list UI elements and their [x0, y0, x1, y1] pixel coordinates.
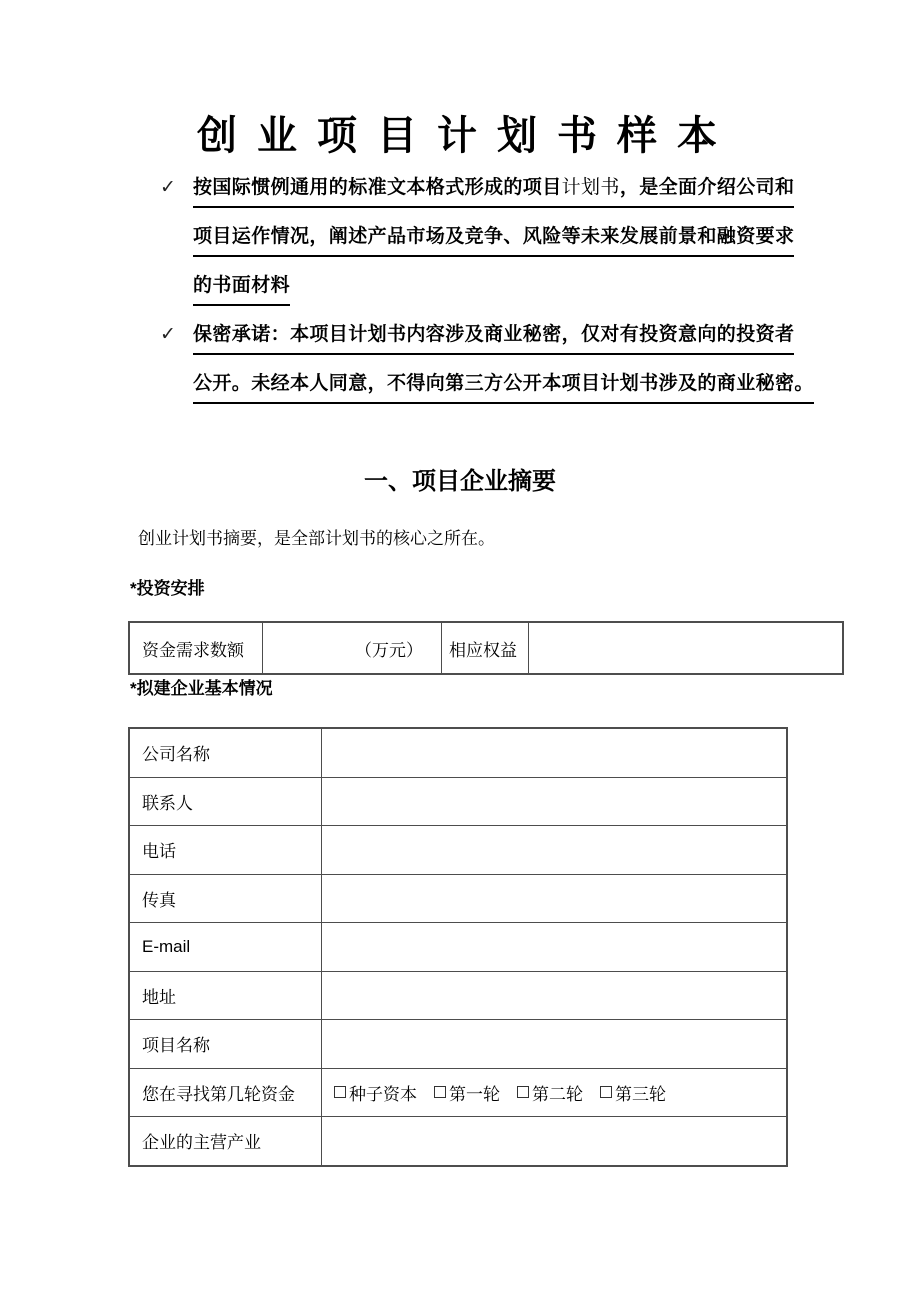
checkbox-icon [600, 1086, 612, 1098]
contact-person-value-cell[interactable] [322, 777, 788, 826]
funding-option-label: 第二轮 [532, 1080, 583, 1105]
funding-round-options: 种子资本 第一轮 第二轮 第三轮 [334, 1080, 786, 1105]
document-page: 创业项目计划书样本 ✓ 按国际惯例通用的标准文本格式形成的项目计划书，是全面介绍… [0, 0, 920, 1302]
equity-value-cell[interactable] [529, 622, 844, 674]
table-row: 地址 [129, 971, 787, 1020]
checkmark-icon: ✓ [160, 163, 176, 212]
contact-person-label-cell: 联系人 [129, 777, 322, 826]
bullet-item-confidentiality: ✓ 保密承诺：本项目计划书内容涉及商业秘密，仅对有投资意向的投资者 公开。未经本… [160, 310, 820, 408]
bullet2-line1-text: 保密承诺：本项目计划书内容涉及商业秘密，仅对有投资意向的投资者 [193, 324, 794, 355]
equity-label-cell: 相应权益 [442, 622, 529, 674]
bullet1-line1-bold-end: ，是全面介绍公司和 [620, 177, 795, 208]
funding-round-value-cell: 种子资本 第一轮 第二轮 第三轮 [322, 1068, 788, 1117]
funding-option-label: 第三轮 [615, 1080, 666, 1105]
table-row: 企业的主营产业 [129, 1117, 787, 1166]
funding-option-seed[interactable]: 种子资本 [334, 1080, 417, 1105]
company-name-label-cell: 公司名称 [129, 728, 322, 777]
email-label-cell: E-mail [129, 923, 322, 972]
table-row: 电话 [129, 826, 787, 875]
funding-amount-label-cell: 资金需求数额 [129, 622, 263, 674]
table-row: 传真 [129, 874, 787, 923]
table-row: 公司名称 [129, 728, 787, 777]
fax-label-cell: 传真 [129, 874, 322, 923]
checkmark-icon: ✓ [160, 310, 176, 359]
bullet1-line2-text: 项目运作情况，阐述产品市场及竞争、风险等未来发展前景和融资要求 [193, 226, 794, 257]
address-label-cell: 地址 [129, 971, 322, 1020]
bullet1-line1-light: 计划书 [562, 177, 620, 208]
bullet2-line2: 公开。未经本人同意，不得向第三方公开本项目计划书涉及的商业秘密。 [193, 359, 820, 408]
funding-amount-unit-cell[interactable]: （万元） [263, 622, 442, 674]
phone-label-cell: 电话 [129, 826, 322, 875]
checkbox-icon [517, 1086, 529, 1098]
table-row: 项目名称 [129, 1020, 787, 1069]
summary-intro-text: 创业计划书摘要，是全部计划书的核心之所在。 [138, 527, 495, 551]
bullet1-line3-text: 的书面材料 [193, 275, 290, 306]
checkbox-icon [334, 1086, 346, 1098]
investment-label: *投资安排 [130, 577, 205, 601]
company-name-value-cell[interactable] [322, 728, 788, 777]
bullet2-line2-text: 公开。未经本人同意，不得向第三方公开本项目计划书涉及的商业秘密。 [193, 373, 814, 404]
funding-option-label: 种子资本 [349, 1080, 417, 1105]
table-row: 联系人 [129, 777, 787, 826]
investment-table: 资金需求数额 （万元） 相应权益 [128, 621, 844, 675]
company-info-table: 公司名称 联系人 电话 传真 E-mail 地址 项目名称 您在寻找第几轮资金 [128, 727, 788, 1167]
bullet-item-intro: ✓ 按国际惯例通用的标准文本格式形成的项目计划书，是全面介绍公司和 项目运作情况… [160, 163, 820, 310]
bullet1-line3: 的书面材料 [193, 261, 820, 310]
checkbox-icon [434, 1086, 446, 1098]
section-heading: 一、项目企业摘要 [0, 467, 920, 497]
table-row: 您在寻找第几轮资金 种子资本 第一轮 第二轮 第三轮 [129, 1068, 787, 1117]
funding-option-round3[interactable]: 第三轮 [600, 1080, 666, 1105]
address-value-cell[interactable] [322, 971, 788, 1020]
funding-option-round1[interactable]: 第一轮 [434, 1080, 500, 1105]
table-row: E-mail [129, 923, 787, 972]
project-name-label-cell: 项目名称 [129, 1020, 322, 1069]
bullet1-line1-bold: 按国际惯例通用的标准文本格式形成的项目 [193, 177, 562, 208]
main-industry-value-cell[interactable] [322, 1117, 788, 1166]
table-row: 资金需求数额 （万元） 相应权益 [129, 622, 843, 674]
bullet2-line1: 保密承诺：本项目计划书内容涉及商业秘密，仅对有投资意向的投资者 [193, 310, 820, 359]
project-name-value-cell[interactable] [322, 1020, 788, 1069]
funding-option-round2[interactable]: 第二轮 [517, 1080, 583, 1105]
bullet-list: ✓ 按国际惯例通用的标准文本格式形成的项目计划书，是全面介绍公司和 项目运作情况… [160, 163, 820, 408]
main-industry-label-cell: 企业的主营产业 [129, 1117, 322, 1166]
email-value-cell[interactable] [322, 923, 788, 972]
fax-value-cell[interactable] [322, 874, 788, 923]
company-info-label: *拟建企业基本情况 [130, 677, 273, 701]
document-title: 创业项目计划书样本 [0, 112, 920, 160]
phone-value-cell[interactable] [322, 826, 788, 875]
funding-option-label: 第一轮 [449, 1080, 500, 1105]
bullet1-line1: 按国际惯例通用的标准文本格式形成的项目计划书，是全面介绍公司和 [193, 163, 820, 212]
bullet1-line2: 项目运作情况，阐述产品市场及竞争、风险等未来发展前景和融资要求 [193, 212, 820, 261]
funding-round-label-cell: 您在寻找第几轮资金 [129, 1068, 322, 1117]
